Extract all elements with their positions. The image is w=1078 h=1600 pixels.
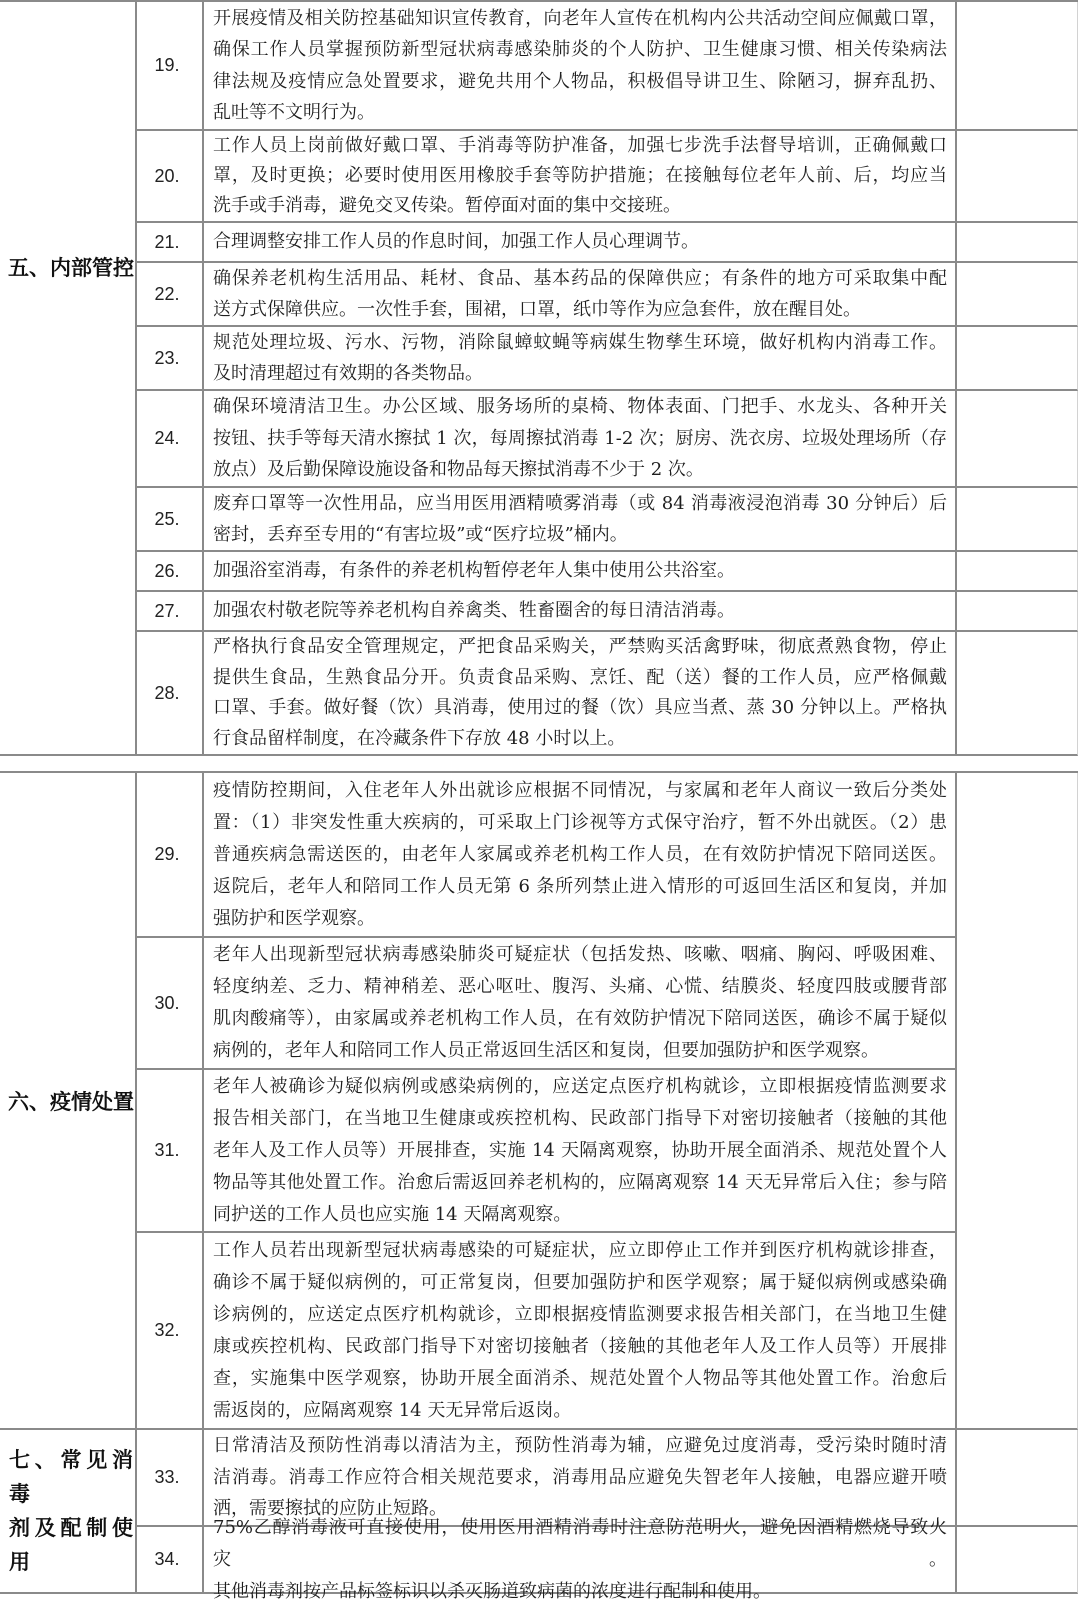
item-text: 合理调整安排工作人员的作息时间，加强工作人员心理调节。	[204, 223, 957, 263]
text-line: 加强农村敬老院等养老机构自养禽类、牲畜圈舍的每日清洁消毒。	[213, 595, 947, 627]
text-line: 洗手或手消毒，避免交叉传染。暂停面对面的集中交接班。	[213, 191, 947, 221]
remarks-cell-merged	[957, 773, 1078, 1430]
text-line: 确诊不属于疑似病例的，可正常复岗，但要加强防护和医学观察；属于疑似病例或感染确	[213, 1267, 947, 1299]
item-number: 20.	[137, 131, 204, 223]
text-line: 普通疾病急需送医的，由老年人家属或养老机构工作人员，在有效防护情况下陪同送医。	[213, 839, 947, 871]
remarks-cell	[957, 131, 1078, 223]
item-number: 27.	[137, 592, 204, 632]
text-line: 老年人及工作人员等）开展排查，实施 14 天隔离观察，协助开展全面消杀、规范处置…	[213, 1135, 947, 1167]
item-number: 32.	[137, 1233, 204, 1430]
item-number: 34.	[137, 1527, 204, 1594]
remarks-cell	[957, 391, 1078, 488]
table-epidemic-handling: 六、疫情处置 七、常见消毒 剂及配制使 用 29. 疫情防控期间，入住老年人外出…	[0, 771, 1078, 1594]
text-line: 强防护和医学观察。	[213, 903, 947, 935]
text-line: 康或疾控机构、民政部门指导下对密切接触者（接触的其他老年人及工作人员等）开展排	[213, 1331, 947, 1363]
item-text: 加强浴室消毒，有条件的养老机构暂停老年人集中使用公共浴室。	[204, 552, 957, 592]
section-title-line: 剂及配制使	[9, 1511, 133, 1545]
section-title: 六、疫情处置	[8, 1086, 134, 1116]
text-line: 密封，丢弃至专用的“有害垃圾”或“医疗垃圾”桶内。	[213, 519, 947, 550]
item-number: 21.	[137, 223, 204, 263]
item-number: 19.	[137, 2, 204, 131]
text-line: 查，实施集中医学观察，协助开展全面消杀、规范处置个人物品等其他处置工作。治愈后	[213, 1363, 947, 1395]
item-text: 确保环境清洁卫生。办公区域、服务场所的桌椅、物体表面、门把手、水龙头、各种开关 …	[204, 391, 957, 488]
item-number: 28.	[137, 632, 204, 756]
text-line: 其他消毒剂按产品标签标识以杀灭肠道致病菌的浓度进行配制和使用。	[213, 1576, 947, 1600]
text-line: 确保养老机构生活用品、耗材、食品、基本药品的保障供应；有条件的地方可采取集中配	[213, 263, 947, 294]
text-line: 送方式保障供应。一次性手套，围裙，口罩，纸巾等作为应急套件，放在醒目处。	[213, 294, 947, 325]
text-line: 口罩、手套。做好餐（饮）具消毒，使用过的餐（饮）具应当煮、蒸 30 分钟以上。严…	[213, 693, 947, 724]
text-line: 诊病例的，应送定点医疗机构就诊，立即根据疫情监测要求报告相关部门，在当地卫生健	[213, 1299, 947, 1331]
item-text: 老年人被确诊为疑似病例或感染病例的，应送定点医疗机构就诊，立即根据疫情监测要求 …	[204, 1070, 957, 1233]
item-number: 25.	[137, 488, 204, 552]
item-text: 75%乙醇消毒液可直接使用，使用医用酒精消毒时注意防范明火，避免因酒精燃烧导致火…	[204, 1527, 957, 1594]
text-line: 需返岗的，应隔离观察 14 天无异常后返岗。	[213, 1395, 947, 1427]
text-line: 废弃口罩等一次性用品，应当用医用酒精喷雾消毒（或 84 消毒液浸泡消毒 30 分…	[213, 488, 947, 519]
text-line: 行食品留样制度，在冷藏条件下存放 48 小时以上。	[213, 724, 947, 755]
item-text: 工作人员若出现新型冠状病毒感染的可疑症状，应立即停止工作并到医疗机构就诊排查， …	[204, 1233, 957, 1430]
section-title: 五、内部管控	[8, 252, 134, 282]
item-text: 严格执行食品安全管理规定，严把食品采购关，严禁购买活禽野味，彻底煮熟食物，停止 …	[204, 632, 957, 756]
text-line: 乱吐等不文明行为。	[213, 97, 947, 129]
item-text: 加强农村敬老院等养老机构自养禽类、牲畜圈舍的每日清洁消毒。	[204, 592, 957, 632]
text-line: 同护送的工作人员也应实施 14 天隔离观察。	[213, 1199, 947, 1231]
text-line: 合理调整安排工作人员的作息时间，加强工作人员心理调节。	[213, 226, 947, 258]
text-line: 开展疫情及相关防控基础知识宣传教育，向老年人宣传在机构内公共活动空间应佩戴口罩，	[213, 3, 947, 35]
text-line: 老年人出现新型冠状病毒感染肺炎可疑症状（包括发热、咳嗽、咽痛、胸闷、呼吸困难、	[213, 939, 947, 971]
text-line: 提供生食品，生熟食品分开。负责食品采购、烹饪、配（送）餐的工作人员，应严格佩戴	[213, 663, 947, 694]
item-text: 开展疫情及相关防控基础知识宣传教育，向老年人宣传在机构内公共活动空间应佩戴口罩，…	[204, 2, 957, 131]
item-number: 31.	[137, 1070, 204, 1233]
item-text: 老年人出现新型冠状病毒感染肺炎可疑症状（包括发热、咳嗽、咽痛、胸闷、呼吸困难、 …	[204, 938, 957, 1070]
text-line: 律法规及疫情应急处置要求，避免共用个人物品，积极倡导讲卫生、除陋习，摒弃乱扔、	[213, 66, 947, 98]
table-internal-control: 五、内部管控 19. 开展疫情及相关防控基础知识宣传教育，向老年人宣传在机构内公…	[0, 0, 1078, 756]
text-line: 按钮、扶手等每天清水擦拭 1 次，每周擦拭消毒 1-2 次；厨房、洗衣房、垃圾处…	[213, 423, 947, 455]
item-number: 29.	[137, 773, 204, 938]
item-text: 疫情防控期间，入住老年人外出就诊应根据不同情况，与家属和老年人商议一致后分类处 …	[204, 773, 957, 938]
text-line: 洁消毒。消毒工作应符合相关规范要求，消毒用品应避免失智老年人接触，电器应避开喷	[213, 1462, 947, 1494]
remarks-cell	[957, 223, 1078, 263]
remarks-cell	[957, 632, 1078, 756]
item-number: 24.	[137, 391, 204, 488]
text-line: 老年人被确诊为疑似病例或感染病例的，应送定点医疗机构就诊，立即根据疫情监测要求	[213, 1071, 947, 1103]
text-line: 确保工作人员掌握预防新型冠状病毒感染肺炎的个人防护、卫生健康习惯、相关传染病法	[213, 34, 947, 66]
section-cell-disinfectants: 七、常见消毒 剂及配制使 用	[0, 1430, 137, 1594]
text-line: 报告相关部门，在当地卫生健康或疾控机构、民政部门指导下对密切接触者（接触的其他	[213, 1103, 947, 1135]
item-text: 废弃口罩等一次性用品，应当用医用酒精喷雾消毒（或 84 消毒液浸泡消毒 30 分…	[204, 488, 957, 552]
section-cell-internal-control: 五、内部管控	[0, 2, 137, 756]
text-line: 物品等其他处置工作。治愈后需返回养老机构的，应隔离观察 14 天无异常后入住；参…	[213, 1167, 947, 1199]
text-line: 75%乙醇消毒液可直接使用，使用医用酒精消毒时注意防范明火，避免因酒精燃烧导致火…	[213, 1512, 947, 1576]
item-number: 26.	[137, 552, 204, 592]
text-line: 规范处理垃圾、污水、污物，消除鼠蟑蚊蝇等病媒生物孳生环境，做好机构内消毒工作。	[213, 327, 947, 358]
text-line: 及时清理超过有效期的各类物品。	[213, 358, 947, 389]
remarks-cell	[957, 552, 1078, 592]
section-title-line: 用	[9, 1545, 133, 1579]
remarks-cell	[957, 2, 1078, 131]
text-line: 严格执行食品安全管理规定，严把食品采购关，严禁购买活禽野味，彻底煮熟食物，停止	[213, 632, 947, 663]
section-title-line: 七、常见消毒	[9, 1443, 133, 1511]
item-number: 30.	[137, 938, 204, 1070]
text-line: 工作人员若出现新型冠状病毒感染的可疑症状，应立即停止工作并到医疗机构就诊排查，	[213, 1235, 947, 1267]
remarks-cell	[957, 263, 1078, 327]
text-line: 轻度纳差、乏力、精神稍差、恶心呕吐、腹泻、头痛、心慌、结膜炎、轻度四肢或腰背部	[213, 971, 947, 1003]
text-line: 加强浴室消毒，有条件的养老机构暂停老年人集中使用公共浴室。	[213, 555, 947, 587]
text-line: 置：（1）非突发性重大疾病的，可采取上门诊视等方式保守治疗，暂不外出就医。（2）…	[213, 807, 947, 839]
text-line: 疫情防控期间，入住老年人外出就诊应根据不同情况，与家属和老年人商议一致后分类处	[213, 775, 947, 807]
text-line: 返院后，老年人和陪同工作人员无第 6 条所列禁止进入情形的可返回生活区和复岗，并…	[213, 871, 947, 903]
remarks-cell	[957, 327, 1078, 391]
item-text: 工作人员上岗前做好戴口罩、手消毒等防护准备，加强七步洗手法督导培训，正确佩戴口 …	[204, 131, 957, 223]
text-line: 放点）及后勤保障设施设备和物品每天擦拭消毒不少于 2 次。	[213, 454, 947, 486]
remarks-cell	[957, 592, 1078, 632]
section-cell-epidemic-handling: 六、疫情处置	[0, 773, 137, 1430]
remarks-cell	[957, 1527, 1078, 1594]
text-line: 病例的，老年人和陪同工作人员正常返回生活区和复岗，但要加强防护和医学观察。	[213, 1035, 947, 1067]
text-line: 工作人员上岗前做好戴口罩、手消毒等防护准备，加强七步洗手法督导培训，正确佩戴口	[213, 131, 947, 161]
text-line: 日常清洁及预防性消毒以清洁为主，预防性消毒为辅，应避免过度消毒，受污染时随时清	[213, 1430, 947, 1462]
item-text: 规范处理垃圾、污水、污物，消除鼠蟑蚊蝇等病媒生物孳生环境，做好机构内消毒工作。 …	[204, 327, 957, 391]
item-number: 33.	[137, 1430, 204, 1527]
text-line: 确保环境清洁卫生。办公区域、服务场所的桌椅、物体表面、门把手、水龙头、各种开关	[213, 391, 947, 423]
remarks-cell	[957, 1430, 1078, 1527]
remarks-cell	[957, 488, 1078, 552]
text-line: 肌肉酸痛等），由家属或养老机构工作人员，在有效防护情况下陪同送医，确诊不属于疑似	[213, 1003, 947, 1035]
item-text: 确保养老机构生活用品、耗材、食品、基本药品的保障供应；有条件的地方可采取集中配 …	[204, 263, 957, 327]
item-number: 22.	[137, 263, 204, 327]
item-number: 23.	[137, 327, 204, 391]
text-line: 罩，及时更换；必要时使用医用橡胶手套等防护措施；在接触每位老年人前、后，均应当	[213, 161, 947, 191]
